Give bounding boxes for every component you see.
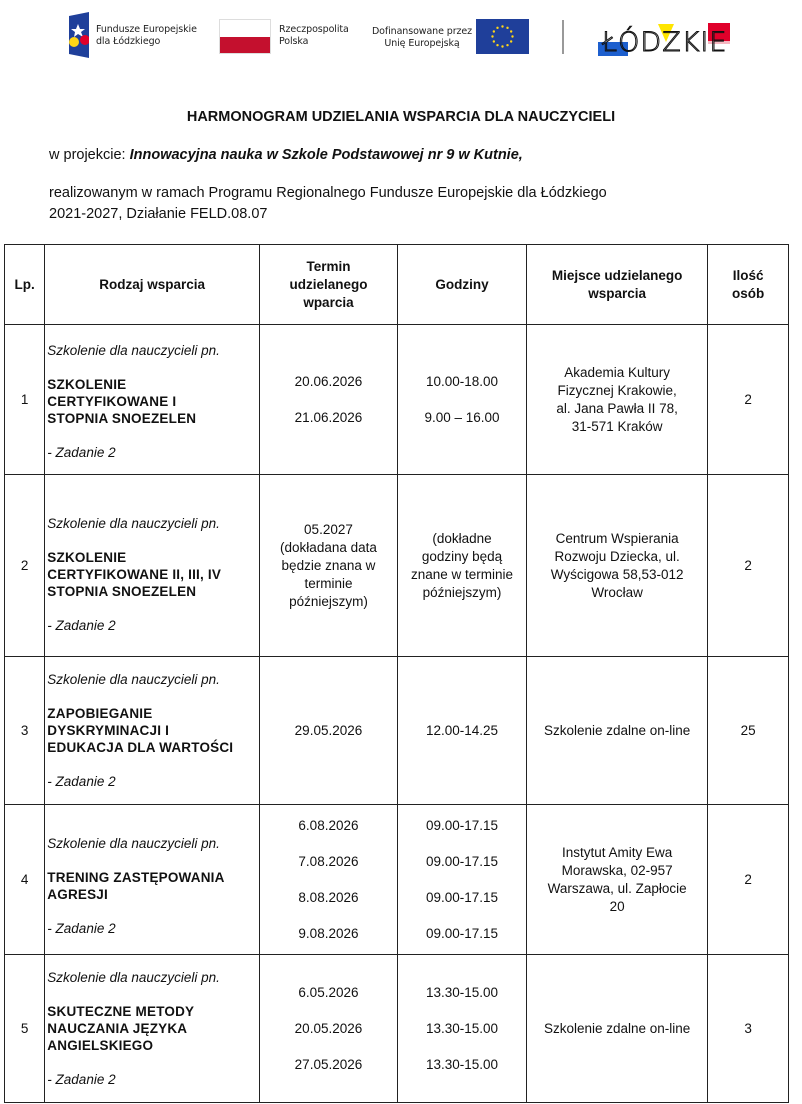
cell-support-type: Szkolenie dla nauczycieli pn. TRENING ZA… [45,805,260,955]
hours-item: 13.30-15.00 [400,1020,524,1038]
support-task: - Zadanie 2 [47,773,257,790]
polish-flag-icon [219,19,271,54]
cell-support-type: Szkolenie dla nauczycieli pn. SZKOLENIEC… [45,325,260,475]
support-task: - Zadanie 2 [47,920,257,937]
support-name-line: CERTYFIKOWANE II, III, IV [47,566,257,583]
cell-count: 2 [708,805,789,955]
col-header-hours: Godziny [397,245,526,325]
fe-logo-line1: Fundusze Europejskie [96,24,197,36]
place-line: 31-571 Kraków [529,418,705,436]
date-item: będzie znana w [262,557,395,575]
cell-place: Szkolenie zdalne on-line [526,657,707,805]
fe-logo-line2: dla Łódzkiego [96,36,197,48]
place-line: Fizycznej Krakowie, [529,382,705,400]
fundusze-europejskie-logo: Fundusze Europejskie dla Łódzkiego [67,12,202,58]
cell-dates: 6.08.20267.08.20268.08.20269.08.2026 [259,805,397,955]
cell-count: 25 [708,657,789,805]
support-name-line: STOPNIA SNOEZELEN [47,410,257,427]
cell-dates: 05.2027(dokładana databędzie znana wterm… [259,475,397,657]
svg-text:ŁÓDZKIE: ŁÓDZKIE [601,26,727,58]
hours-item: znane w terminie [400,566,524,584]
place-line: al. Jana Pawła II 78, [529,400,705,418]
cell-place: Akademia KulturyFizycznej Krakowie,al. J… [526,325,707,475]
hours-item: 09.00-17.15 [400,925,524,943]
table-row: 5 Szkolenie dla nauczycieli pn. SKUTECZN… [5,955,789,1103]
support-name-line: AGRESJI [47,886,257,903]
cell-place: Szkolenie zdalne on-line [526,955,707,1103]
hours-item: 09.00-17.15 [400,817,524,835]
place-line: Warszawa, ul. Zapłocie [529,880,705,898]
hours-item: 13.30-15.00 [400,984,524,1002]
support-intro: Szkolenie dla nauczycieli pn. [47,835,257,852]
cell-support-type: Szkolenie dla nauczycieli pn. SKUTECZNE … [45,955,260,1103]
date-item: 8.08.2026 [262,889,395,907]
cell-hours: 09.00-17.1509.00-17.1509.00-17.1509.00-1… [397,805,526,955]
place-line: Akademia Kultury [529,364,705,382]
date-item: 7.08.2026 [262,853,395,871]
cell-place: Centrum WspieraniaRozwoju Dziecka, ul.Wy… [526,475,707,657]
cell-hours: 13.30-15.0013.30-15.0013.30-15.00 [397,955,526,1103]
support-task: - Zadanie 2 [47,1071,257,1088]
rzeczpospolita-logo: Rzeczpospolita Polska [219,19,359,55]
project-line: w projekcie: Innowacyjna nauka w Szkole … [49,147,523,163]
date-item: terminie [262,575,395,593]
program-line-2: 2021-2027, Działanie FELD.08.07 [49,204,769,225]
table-row: 1 Szkolenie dla nauczycieli pn. SZKOLENI… [5,325,789,475]
col-header-count: Ilośćosób [708,245,789,325]
date-item: 27.05.2026 [262,1056,395,1074]
hours-item: (dokładne [400,530,524,548]
cell-support-type: Szkolenie dla nauczycieli pn. SZKOLENIEC… [45,475,260,657]
hours-item: 10.00-18.00 [400,373,524,391]
eu-logo-line1: Dofinansowane przez [371,26,473,38]
place-line: Szkolenie zdalne on-line [529,1020,705,1038]
logo-divider [562,20,564,54]
date-item: (dokładana data [262,539,395,557]
date-item: 20.06.2026 [262,373,395,391]
cell-lp: 2 [5,475,45,657]
support-name-line: SKUTECZNE METODY [47,1003,257,1020]
cell-hours: 12.00-14.25 [397,657,526,805]
hours-item: godziny będą [400,548,524,566]
support-name-line: SZKOLENIE [47,376,257,393]
place-line: Szkolenie zdalne on-line [529,722,705,740]
col-header-type: Rodzaj wsparcia [45,245,260,325]
cell-count: 3 [708,955,789,1103]
pl-logo-line2: Polska [279,36,349,48]
eu-cofinancing-logo: Dofinansowane przez Unię Europejską [368,19,533,55]
cell-count: 2 [708,475,789,657]
place-line: Instytut Amity Ewa [529,844,705,862]
support-name-line: CERTYFIKOWANE I [47,393,257,410]
support-task: - Zadanie 2 [47,444,257,461]
support-name-line: STOPNIA SNOEZELEN [47,583,257,600]
support-name-line: TRENING ZASTĘPOWANIA [47,869,257,886]
place-line: Wyścigowa 58,53-012 [529,566,705,584]
support-intro: Szkolenie dla nauczycieli pn. [47,515,257,532]
cell-lp: 3 [5,657,45,805]
support-name-line: NAUCZANIA JĘZYKA [47,1020,257,1037]
support-intro: Szkolenie dla nauczycieli pn. [47,342,257,359]
cell-count: 2 [708,325,789,475]
hours-item: 09.00-17.15 [400,889,524,907]
hours-item: 9.00 – 16.00 [400,409,524,427]
hours-item: 13.30-15.00 [400,1056,524,1074]
cell-support-type: Szkolenie dla nauczycieli pn. ZAPOBIEGAN… [45,657,260,805]
cell-hours: (dokładnegodziny będąznane w terminiepóź… [397,475,526,657]
place-line: 20 [529,898,705,916]
support-intro: Szkolenie dla nauczycieli pn. [47,671,257,688]
place-line: Morawska, 02-957 [529,862,705,880]
fe-star-icon [67,12,89,58]
cell-dates: 29.05.2026 [259,657,397,805]
hours-item: 09.00-17.15 [400,853,524,871]
col-header-date: Terminudzielanegowparcia [259,245,397,325]
date-item: 21.06.2026 [262,409,395,427]
document-title: HARMONOGRAM UDZIELANIA WSPARCIA DLA NAUC… [0,109,802,125]
place-line: Wrocław [529,584,705,602]
support-name-line: EDUKACJA DLA WARTOŚCI [47,739,257,756]
place-line: Rozwoju Dziecka, ul. [529,548,705,566]
program-line-1: realizowanym w ramach Programu Regionaln… [49,183,769,204]
hours-item: późniejszym) [400,584,524,602]
support-name-line: ANGIELSKIEGO [47,1037,257,1054]
hours-item: 12.00-14.25 [400,722,524,740]
table-row: 3 Szkolenie dla nauczycieli pn. ZAPOBIEG… [5,657,789,805]
eu-logo-line2: Unię Europejską [371,38,473,50]
support-intro: Szkolenie dla nauczycieli pn. [47,969,257,986]
date-item: 05.2027 [262,521,395,539]
date-item: 6.08.2026 [262,817,395,835]
support-task: - Zadanie 2 [47,617,257,634]
date-item: 29.05.2026 [262,722,395,740]
cell-lp: 1 [5,325,45,475]
date-item: 6.05.2026 [262,984,395,1002]
cell-lp: 4 [5,805,45,955]
cell-hours: 10.00-18.009.00 – 16.00 [397,325,526,475]
logo-bar: Fundusze Europejskie dla Łódzkiego Rzecz… [0,0,802,70]
date-item: 20.05.2026 [262,1020,395,1038]
project-name: Innowacyjna nauka w Szkole Podstawowej n… [130,147,523,163]
support-name-line: SZKOLENIE [47,549,257,566]
date-item: 9.08.2026 [262,925,395,943]
col-header-place: Miejsce udzielanegowsparcia [526,245,707,325]
support-name-line: DYSKRYMINACJI I [47,722,257,739]
table-header-row: Lp. Rodzaj wsparcia Terminudzielanegowpa… [5,245,789,325]
program-description: realizowanym w ramach Programu Regionaln… [49,183,769,225]
pl-logo-line1: Rzeczpospolita [279,24,349,36]
cell-dates: 20.06.202621.06.2026 [259,325,397,475]
cell-lp: 5 [5,955,45,1103]
place-line: Centrum Wspierania [529,530,705,548]
date-item: późniejszym) [262,593,395,611]
support-name-line: ZAPOBIEGANIE [47,705,257,722]
project-prefix: w projekcie: [49,147,130,163]
schedule-table: Lp. Rodzaj wsparcia Terminudzielanegowpa… [4,244,789,1103]
cell-place: Instytut Amity EwaMorawska, 02-957Warsza… [526,805,707,955]
eu-flag-icon [476,19,529,54]
cell-dates: 6.05.202620.05.202627.05.2026 [259,955,397,1103]
col-header-lp: Lp. [5,245,45,325]
table-row: 4 Szkolenie dla nauczycieli pn. TRENING … [5,805,789,955]
lodzkie-region-logo: ŁÓDZKIE [596,18,736,58]
table-row: 2 Szkolenie dla nauczycieli pn. SZKOLENI… [5,475,789,657]
